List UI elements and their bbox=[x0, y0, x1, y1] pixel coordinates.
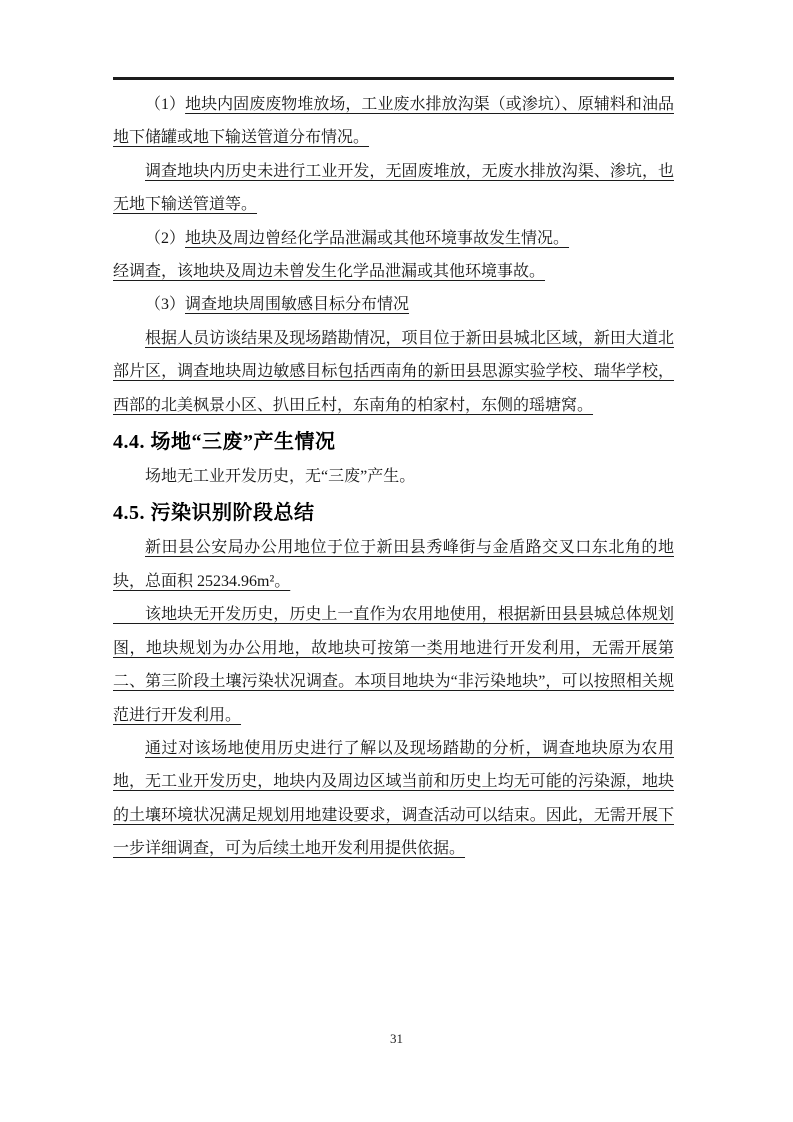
text-segment: 根据人员访谈结果及现场踏勘情况，项目位于新田县城北区域，新田大道北部片区，调查地… bbox=[113, 330, 674, 414]
text-segment: 通过对该场地使用历史进行了解以及现场踏勘的分析，调查地块原为农用地，无工业开发历… bbox=[113, 740, 674, 857]
text-segment: 地块及周边曾经化学品泄漏或其他环境事故发生情况。 bbox=[185, 230, 569, 247]
paragraph: 经调查，该地块及周边未曾发生化学品泄漏或其他环境事故。 bbox=[113, 255, 674, 288]
text-segment: 调查地块周围敏感目标分布情况 bbox=[185, 296, 409, 313]
text-segment: 地块内固废废物堆放场，工业废水排放沟渠（或渗坑）、原辅料和油品地下储罐或地下输送… bbox=[113, 96, 674, 146]
paragraph: 该地块无开发历史，历史上一直作为农用地使用，根据新田县县城总体规划图，地块规划为… bbox=[113, 598, 674, 732]
paragraph: 通过对该场地使用历史进行了解以及现场踏勘的分析，调查地块原为农用地，无工业开发历… bbox=[113, 732, 674, 866]
text-segment: 调查地块内历史未进行工业开发，无固废堆放，无废水排放沟渠、渗坑，也无地下输送管道… bbox=[113, 163, 674, 213]
page-content: （1）地块内固废废物堆放场，工业废水排放沟渠（或渗坑）、原辅料和油品地下储罐或地… bbox=[113, 88, 674, 866]
document-page: （1）地块内固废废物堆放场，工业废水排放沟渠（或渗坑）、原辅料和油品地下储罐或地… bbox=[0, 0, 793, 1122]
text-segment: （2） bbox=[145, 230, 185, 247]
paragraph: 调查地块内历史未进行工业开发，无固废堆放，无废水排放沟渠、渗坑，也无地下输送管道… bbox=[113, 155, 674, 222]
page-number: 31 bbox=[390, 1031, 403, 1046]
paragraph: （1）地块内固废废物堆放场，工业废水排放沟渠（或渗坑）、原辅料和油品地下储罐或地… bbox=[113, 88, 674, 155]
text-segment: 场地无工业开发历史，无“三废”产生。 bbox=[145, 468, 415, 485]
paragraph: 根据人员访谈结果及现场踏勘情况，项目位于新田县城北区域，新田大道北部片区，调查地… bbox=[113, 322, 674, 422]
text-segment: 经调查，该地块及周边未曾发生化学品泄漏或其他环境事故。 bbox=[113, 263, 545, 280]
text-segment: 新田县公安局办公用地位于位于新田县秀峰街与金盾路交叉口东北角的地块，总面积 25… bbox=[113, 539, 674, 589]
page-footer: 31 bbox=[0, 1031, 793, 1047]
paragraph: 场地无工业开发历史，无“三废”产生。 bbox=[113, 460, 674, 493]
text-segment: 该地块无开发历史，历史上一直作为农用地使用，根据新田县县城总体规划图，地块规划为… bbox=[113, 606, 674, 723]
paragraph: （2）地块及周边曾经化学品泄漏或其他环境事故发生情况。 bbox=[113, 222, 674, 255]
section-heading: 4.4. 场地“三废”产生情况 bbox=[113, 427, 674, 457]
text-segment: （3） bbox=[145, 296, 185, 313]
paragraph: 新田县公安局办公用地位于位于新田县秀峰街与金盾路交叉口东北角的地块，总面积 25… bbox=[113, 531, 674, 598]
header-rule bbox=[113, 77, 674, 80]
section-heading: 4.5. 污染识别阶段总结 bbox=[113, 498, 674, 528]
text-segment: （1） bbox=[145, 96, 185, 113]
paragraph: （3）调查地块周围敏感目标分布情况 bbox=[113, 288, 674, 321]
